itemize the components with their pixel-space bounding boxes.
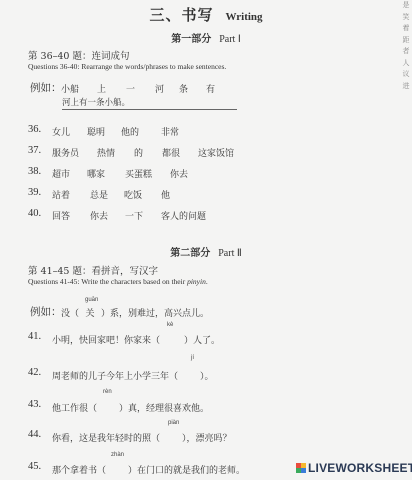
example-word: 河 — [155, 82, 164, 95]
part2-instruction-zh: 第 41–45 题：看拼音，写汉字 — [28, 263, 158, 277]
answer-blank[interactable] — [160, 342, 184, 343]
question-word: 他 — [161, 188, 170, 201]
part2-heading-zh: 第二部分 — [170, 248, 210, 259]
example-pinyin: guān — [85, 297, 98, 303]
example-word: 一 — [126, 82, 135, 95]
edge-char: 人 — [400, 58, 412, 70]
question-word: 一下 — [125, 209, 143, 222]
icon-square — [301, 468, 306, 473]
part1-heading-zh: 第一部分 — [171, 34, 211, 45]
edge-char: 着 — [400, 23, 412, 35]
part1-example-label: 例如： — [30, 80, 62, 95]
question-number: 38. — [28, 166, 41, 177]
question-word: 热情 — [97, 146, 115, 159]
question-pinyin: piàn — [168, 420, 179, 426]
question-word: 这家饭馆 — [198, 146, 234, 159]
sentence-after: ）在门口的就是我们的老师。 — [128, 466, 245, 476]
section-title-zh: 三、书写 — [149, 6, 213, 24]
question-pinyin: kè — [167, 322, 173, 328]
question-word: 女儿 — [52, 125, 70, 138]
sentence-after: ）人了。 — [184, 336, 220, 346]
instruction-italic: pinyin — [187, 277, 206, 286]
sentence-before: 他工作很（ — [52, 404, 97, 414]
question-pinyin: zhàn — [111, 452, 124, 458]
part1-heading-en: Part Ⅰ — [219, 34, 241, 45]
instruction-text: Questions 41-45: Write the characters ba… — [28, 277, 187, 286]
question-sentence: 你看，这是我年轻时的照（），漂亮吗？ — [52, 431, 232, 444]
question-word: 你去 — [170, 167, 188, 180]
example-word: 条 — [179, 82, 188, 95]
question-word: 回答 — [52, 209, 70, 222]
sentence-after: ），漂亮吗？ — [182, 434, 232, 444]
liveworksheets-logo: LIVEWORKSHEETS — [296, 461, 412, 475]
example-answer: 河上有一条小船。 — [62, 96, 130, 108]
sentence-after: ）。 — [200, 372, 214, 382]
example-answer: 关 — [79, 306, 101, 319]
example-answer-underline — [62, 109, 237, 110]
question-word: 都很 — [162, 146, 180, 159]
section-title: 三、书写Writing — [0, 4, 412, 25]
question-number: 44. — [28, 429, 41, 440]
example-sentence: 没（关）系，别难过，高兴点儿。 — [61, 306, 209, 319]
part2-instruction-en: Questions 41-45: Write the characters ba… — [28, 277, 208, 286]
sentence-before: 你看，这是我年轻时的照（ — [52, 434, 160, 444]
question-word: 非常 — [161, 125, 179, 138]
question-word: 他的 — [121, 125, 139, 138]
edge-char: 者 — [400, 46, 412, 58]
question-word: 聪明 — [87, 125, 105, 138]
question-sentence: 他工作很（）真，经理很喜欢他。 — [52, 401, 209, 414]
liveworksheets-grid-icon — [296, 463, 306, 473]
question-word: 买蛋糕 — [125, 167, 152, 180]
liveworksheets-text: LIVEWORKSHEETS — [308, 461, 412, 475]
question-number: 40. — [28, 208, 41, 219]
question-sentence: 周老师的儿子今年上小学三年（）。 — [52, 369, 214, 382]
question-sentence: 那个拿着书（）在门口的就是我们的老师。 — [52, 463, 245, 476]
edge-char: 距 — [400, 35, 412, 47]
edge-char: 是 — [400, 0, 412, 12]
question-number: 42. — [28, 367, 41, 378]
question-sentence: 小明，快回家吧！你家来（）人了。 — [52, 333, 220, 346]
edge-char: 进 — [400, 81, 412, 93]
question-word: 吃饭 — [124, 188, 142, 201]
question-number: 45. — [28, 461, 41, 472]
question-number: 39. — [28, 187, 41, 198]
sentence-after: ）系，别难过，高兴点儿。 — [101, 309, 209, 319]
question-number: 37. — [28, 145, 41, 156]
part2-heading-en: Part Ⅱ — [218, 248, 242, 259]
question-word: 服务员 — [52, 146, 79, 159]
section-title-en: Writing — [225, 11, 262, 23]
sentence-before: 没（ — [61, 309, 79, 319]
question-word: 客人的问题 — [161, 209, 206, 222]
adjacent-page-edge-text: 是 笑 着 距 者 人 议 进 — [400, 0, 412, 110]
sentence-before: 周老师的儿子今年上小学三年（ — [52, 372, 178, 382]
instruction-text: . — [206, 277, 208, 286]
edge-char: 议 — [400, 69, 412, 81]
question-word: 哪家 — [87, 167, 105, 180]
question-word: 总是 — [90, 188, 108, 201]
question-word: 你去 — [90, 209, 108, 222]
part1-instruction-en: Questions 36-40: Rearrange the words/phr… — [28, 62, 226, 71]
sentence-after: ）真，经理很喜欢他。 — [119, 404, 209, 414]
part1-instruction-zh: 第 36–40 题：连词成句 — [28, 48, 129, 62]
part2-heading: 第二部分Part Ⅱ — [0, 244, 412, 259]
example-word: 上 — [97, 82, 106, 95]
question-word: 站着 — [52, 188, 70, 201]
question-word: 的 — [134, 146, 143, 159]
question-number: 43. — [28, 399, 41, 410]
question-pinyin: jí — [191, 355, 194, 361]
question-pinyin: rèn — [103, 389, 112, 395]
part1-heading: 第一部分Part Ⅰ — [0, 30, 412, 45]
question-number: 41. — [28, 331, 41, 342]
example-word: 小船 — [61, 82, 79, 95]
question-word: 超市 — [52, 167, 70, 180]
sentence-before: 那个拿着书（ — [52, 466, 106, 476]
question-number: 36. — [28, 124, 41, 135]
example-word: 有 — [206, 82, 215, 95]
part2-example-label: 例如： — [30, 304, 62, 319]
edge-char: 笑 — [400, 12, 412, 24]
sentence-before: 小明，快回家吧！你家来（ — [52, 336, 160, 346]
